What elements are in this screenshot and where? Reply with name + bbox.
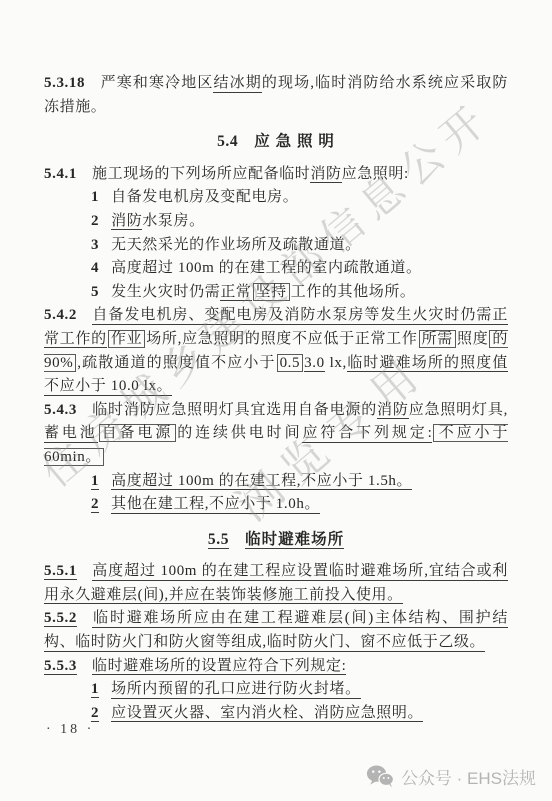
item-5-4-3-2: 2其他在建工程,不应小于 1.0h。 (44, 493, 508, 517)
text-run: 3.0 (304, 355, 325, 373)
wechat-logo-icon (366, 765, 394, 788)
text-run: 消防 (377, 402, 409, 420)
item-5-4-1-2: 2消防水泵房。 (44, 210, 508, 234)
text-run: 严寒和寒冷地区 (100, 75, 213, 91)
heading-5-4: 5.4应 急 照 明 (44, 130, 508, 154)
text-run: 发生火灾时仍需 (111, 284, 220, 300)
item-number: 2 (91, 705, 99, 722)
text-run: 结冰期 (213, 75, 261, 93)
item-number: 4 (91, 260, 99, 276)
text-run: 水泵房。 (142, 213, 204, 229)
item-5-4-1-3: 3无天然采光的作业场所及疏散通道。 (44, 234, 508, 258)
text-run: lx, (325, 355, 347, 371)
text-run: 所需 (419, 330, 456, 348)
item-5-5-3-2: 2应设置灭火器、室内消火栓、消防应急照明。 (44, 702, 508, 726)
item-number: 1 (91, 189, 99, 205)
text-run: 临时避难场所应由在建工程避难层(间)主体结构、围护结构、临时防火门和防火窗等组成… (44, 610, 508, 651)
text-run: 高度超过 100m 的在建工程,不应小于 1.5h。 (111, 473, 412, 491)
clause-number: 5.4 (217, 133, 238, 150)
text-run: 正常 (220, 284, 251, 302)
page-number: · 18 · (46, 722, 94, 738)
clause-5-4-3: 5.4.3临时消防应急照明灯具宜选用自备电源的消防应急照明灯具,蓄电池自备电源的… (44, 399, 508, 470)
clause-5-5-1: 5.5.1高度超过 100m 的在建工程应设置临时避难场所,宜结合或利用永久避难… (44, 560, 508, 607)
text-run: 消防 (310, 166, 341, 184)
text-run: 高度超过 100m 的在建工程应设置临时避难场所,宜结合或利用永久避难层(间),… (44, 563, 508, 604)
clause-number: 5.5 (208, 531, 229, 549)
heading-5-5: 5.5临时避难场所 (44, 528, 508, 552)
text-run: 应符合下列规定: (302, 425, 432, 443)
clause-number: 5.4.3 (44, 402, 77, 418)
clause-5-5-3: 5.5.3临时避难场所的设置应符合下列规定: (44, 655, 508, 679)
text-run: 蓄电池 (44, 425, 98, 443)
clause-5-5-2: 5.5.2临时避难场所应由在建工程避难层(间)主体结构、围护结构、临时防火门和防… (44, 607, 508, 654)
text-run: 坚持 (253, 283, 290, 301)
text-run: 自备发电机房及变配电房。 (111, 189, 298, 205)
clause-number: 5.5.2 (44, 610, 77, 627)
clause-5-4-1: 5.4.1施工现场的下列场所应配备临时消防应急照明: (44, 163, 508, 187)
clause-5-3-18: 5.3.18严寒和寒冷地区结冰期的现场,临时消防给水系统应采取防冻措施。 (44, 72, 508, 119)
heading-title: 临时避难场所 (245, 531, 344, 550)
clause-number: 5.5.1 (44, 563, 77, 580)
text-run: 临时避难场所的设置应符合下列规定: (92, 658, 346, 676)
text-run: ,疏散通道的照度值不应小于 (77, 355, 275, 371)
item-5-4-1-5: 5发生火灾时仍需正常坚持工作的其他场所。 (44, 281, 508, 305)
clause-number: 5.4.2 (44, 307, 77, 323)
clause-number: 5.4.1 (44, 166, 77, 182)
item-number: 1 (91, 473, 99, 490)
text-run: 0.5 (277, 354, 304, 372)
clause-5-4-2: 5.4.2自备发电机房、变配电房及消防水泵房等发生火灾时仍需正常工作的作业场所,… (44, 304, 508, 398)
text-run: 场所,应急照明的照度不应低于正常工作 (146, 331, 417, 347)
text-run: 的连续供电时间 (177, 425, 302, 441)
wechat-label: 公众号 · EHS法规 (401, 764, 536, 789)
heading-title: 应 急 照 明 (254, 133, 335, 150)
text-run: 应急照明: (342, 166, 409, 182)
item-5-4-1-1: 1自备发电机房及变配电房。 (44, 186, 508, 210)
item-number: 2 (91, 213, 99, 229)
text-run: 照度 (457, 331, 488, 347)
text-run: 应急照明灯具, (409, 402, 508, 418)
text-run: 无天然采光的作业场所及疏散通道。 (111, 237, 361, 253)
text-run: 场所内预留的孔口应进行防火封堵。 (111, 681, 361, 699)
text-run: 作业 (108, 330, 145, 348)
text-run: 工作的其他场所。 (291, 284, 416, 300)
text-run: 施工现场的下列场所应配备临时 (92, 166, 310, 182)
item-5-4-3-1: 1高度超过 100m 的在建工程,不应小于 1.5h。 (44, 470, 508, 494)
clause-number: 5.3.18 (44, 75, 85, 91)
clause-number: 5.5.3 (44, 658, 77, 675)
document-page: 5.3.18严寒和寒冷地区结冰期的现场,临时消防给水系统应采取防冻措施。5.4应… (0, 0, 552, 801)
text-run: 其他在建工程,不应小于 1.0h。 (111, 496, 320, 514)
text-run: 消防 (111, 213, 142, 231)
item-5-5-3-1: 1场所内预留的孔口应进行防火封堵。 (44, 678, 508, 702)
item-5-4-1-4: 4高度超过 100m 的在建工程的室内疏散通道。 (44, 257, 508, 281)
item-number: 2 (91, 496, 99, 513)
text-run: 临时消防应急照明灯具宜选用自备电源的 (92, 402, 377, 418)
wechat-banner: 公众号 · EHS法规 (366, 764, 536, 789)
document-body: 5.3.18严寒和寒冷地区结冰期的现场,临时消防给水系统应采取防冻措施。5.4应… (0, 0, 552, 725)
text-run: 高度超过 100m 的在建工程的室内疏散通道。 (111, 260, 421, 276)
item-number: 1 (91, 681, 99, 698)
text-run: 应设置灭火器、室内消火栓、消防应急照明。 (111, 705, 423, 723)
item-number: 5 (91, 284, 99, 300)
item-number: 3 (91, 237, 99, 253)
text-run: 自备电源 (99, 424, 177, 442)
